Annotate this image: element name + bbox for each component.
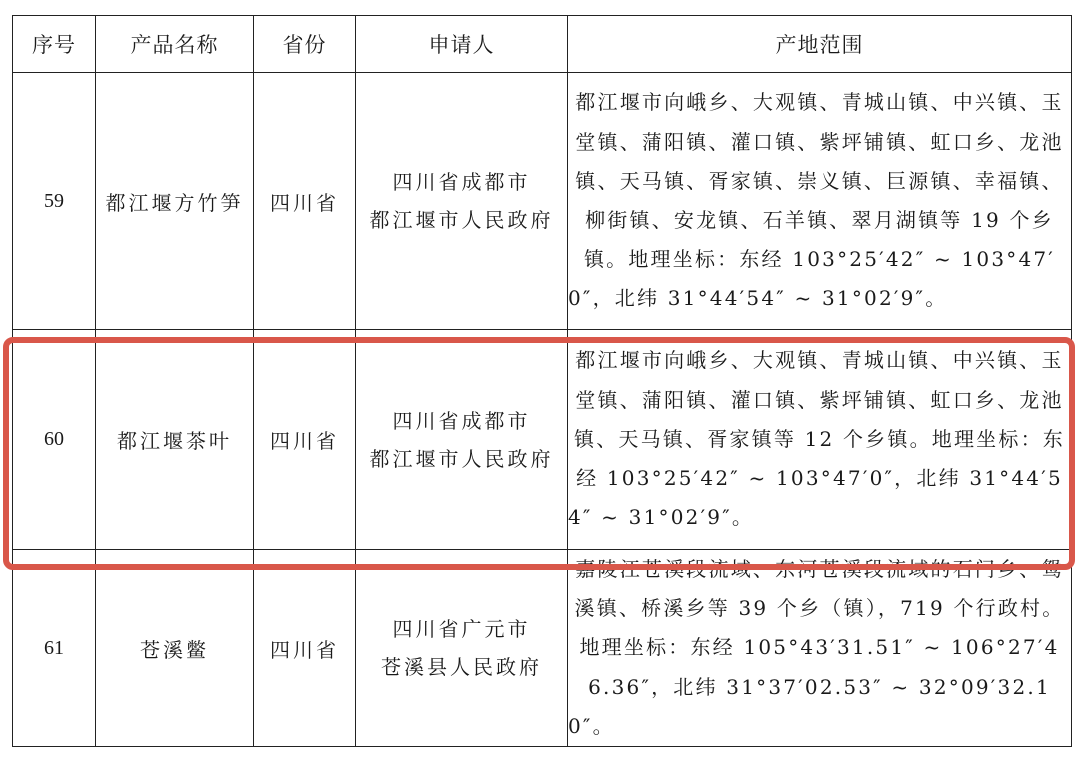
- applicant-line-2: 都江堰市人民政府: [356, 440, 567, 478]
- table-header-row: 序号 产品名称 省份 申请人 产地范围: [13, 16, 1072, 73]
- cell-production-area: 都江堰市向峨乡、大观镇、青城山镇、中兴镇、玉堂镇、蒲阳镇、灌口镇、紫坪铺镇、虹口…: [568, 330, 1072, 550]
- applicant-line-1: 四川省成都市: [356, 163, 567, 201]
- applicant-line-2: 都江堰市人民政府: [356, 201, 567, 239]
- table-row: 59 都江堰方竹笋 四川省 四川省成都市 都江堰市人民政府 都江堰市向峨乡、大观…: [13, 73, 1072, 330]
- cell-applicant: 四川省成都市 都江堰市人民政府: [356, 330, 568, 550]
- cell-applicant: 四川省广元市 苍溪县人民政府: [356, 550, 568, 747]
- cell-serial-number: 60: [13, 330, 96, 550]
- cell-production-area: 都江堰市向峨乡、大观镇、青城山镇、中兴镇、玉堂镇、蒲阳镇、灌口镇、紫坪铺镇、虹口…: [568, 73, 1072, 330]
- cell-serial-number: 59: [13, 73, 96, 330]
- header-product-name: 产品名称: [96, 16, 254, 73]
- applicant-line-2: 苍溪县人民政府: [356, 648, 567, 686]
- header-serial-number: 序号: [13, 16, 96, 73]
- cell-province: 四川省: [254, 550, 356, 747]
- document-page: 序号 产品名称 省份 申请人 产地范围 59 都江堰方竹笋 四川省 四川省成都市…: [0, 0, 1080, 761]
- table-row: 61 苍溪鳖 四川省 四川省广元市 苍溪县人民政府 嘉陵江苍溪段流域、东河苍溪段…: [13, 550, 1072, 747]
- cell-province: 四川省: [254, 73, 356, 330]
- cell-product-name: 苍溪鳖: [96, 550, 254, 747]
- header-province: 省份: [254, 16, 356, 73]
- cell-product-name: 都江堰方竹笋: [96, 73, 254, 330]
- cell-product-name: 都江堰茶叶: [96, 330, 254, 550]
- cell-applicant: 四川省成都市 都江堰市人民政府: [356, 73, 568, 330]
- cell-production-area: 嘉陵江苍溪段流域、东河苍溪段流域的石门乡、鸳溪镇、桥溪乡等 39 个乡（镇），7…: [568, 550, 1072, 747]
- geographic-indication-table: 序号 产品名称 省份 申请人 产地范围 59 都江堰方竹笋 四川省 四川省成都市…: [12, 15, 1072, 747]
- cell-serial-number: 61: [13, 550, 96, 747]
- applicant-line-1: 四川省广元市: [356, 610, 567, 648]
- cell-province: 四川省: [254, 330, 356, 550]
- header-applicant: 申请人: [356, 16, 568, 73]
- table-row-highlighted: 60 都江堰茶叶 四川省 四川省成都市 都江堰市人民政府 都江堰市向峨乡、大观镇…: [13, 330, 1072, 550]
- header-production-area: 产地范围: [568, 16, 1072, 73]
- applicant-line-1: 四川省成都市: [356, 402, 567, 440]
